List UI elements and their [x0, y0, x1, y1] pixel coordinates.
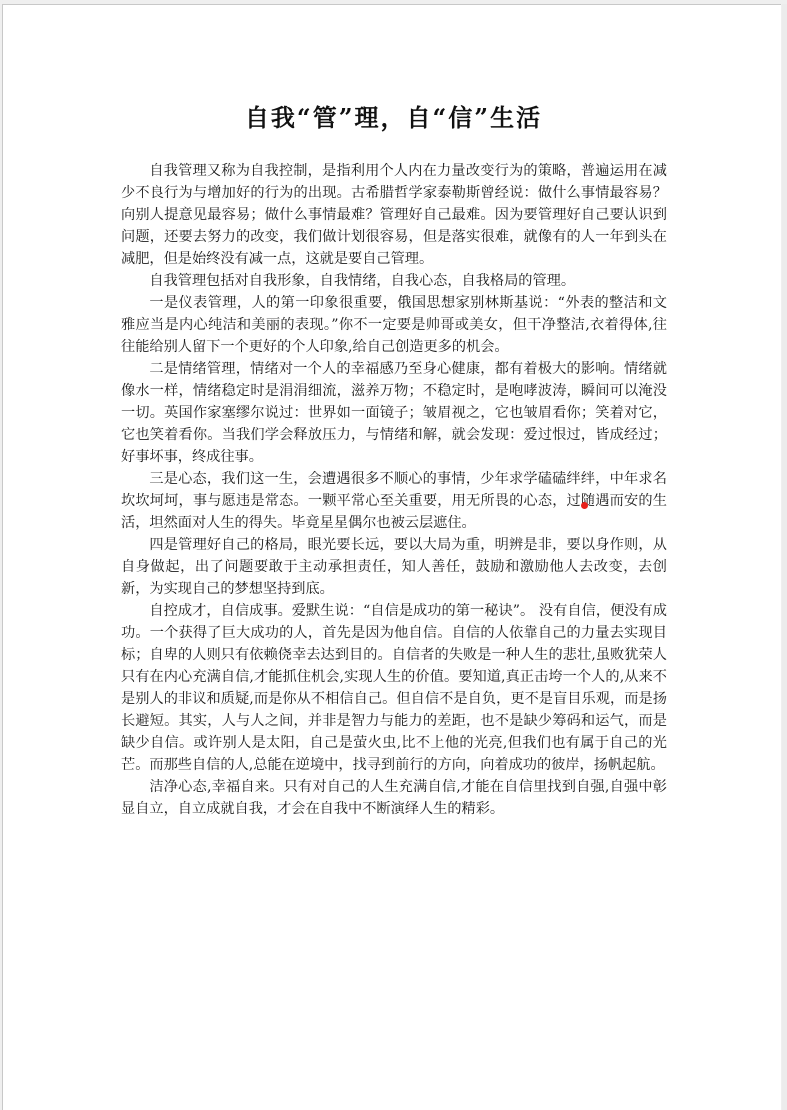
paragraph-intro: 自我管理又称为自我控制，是指利用个人内在力量改变行为的策略，普遍运用在减少不良行…	[121, 160, 667, 270]
paragraph-mindset: 三是心态，我们这一生，会遭遇很多不顺心的事情，少年求学磕磕绊绊，中年求名坎坎坷坷…	[121, 468, 667, 534]
paragraph-conclusion: 洁净心态,幸福自来。只有对自己的人生充满自信,才能在自信里找到自强,自强中彰显自…	[121, 776, 667, 820]
paragraph-emotion: 二是情绪管理，情绪对一个人的幸福感乃至身心健康，都有着极大的影响。情绪就像水一样…	[121, 358, 667, 468]
paragraph-vision: 四是管理好自己的格局，眼光要长远，要以大局为重，明辨是非，要以身作则，从自身做起…	[121, 534, 667, 600]
paragraph-overview: 自我管理包括对自我形象，自我情绪，自我心态，自我格局的管理。	[121, 270, 667, 292]
vertical-scrollbar[interactable]	[782, 4, 787, 1110]
annotation-dot-icon	[581, 502, 588, 509]
document-body: 自我管理又称为自我控制，是指利用个人内在力量改变行为的策略，普遍运用在减少不良行…	[121, 160, 667, 820]
paragraph-appearance: 一是仪表管理，人的第一印象很重要，俄国思想家别林斯基说：“外表的整洁和文雅应当是…	[121, 292, 667, 358]
document-title: 自我“管”理，自“信”生活	[0, 100, 787, 136]
paragraph-confidence: 自控成才，自信成事。爱默生说：“自信是成功的第一秘诀”。 没有自信，便没有成功。…	[121, 600, 667, 776]
